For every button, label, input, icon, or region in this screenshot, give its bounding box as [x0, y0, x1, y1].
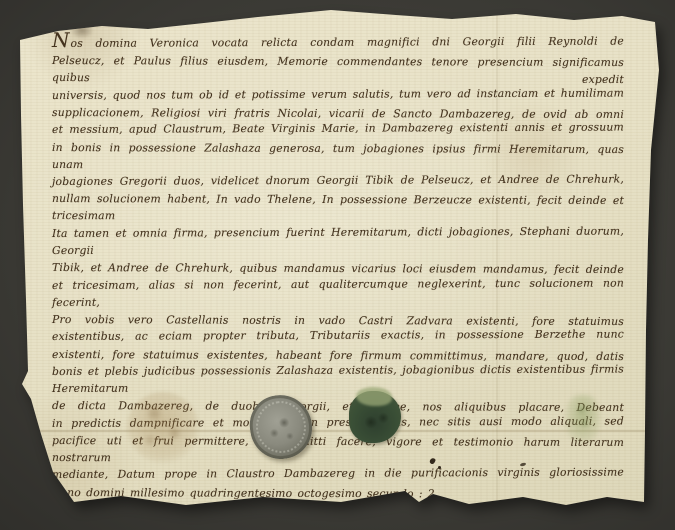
manuscript-line: mediante, Datum prope in Claustro Dambaz… — [52, 464, 624, 484]
manuscript-line: bonis et plebis judicibus possessionis Z… — [52, 360, 624, 397]
manuscript-line: existentibus, ac eciam propter tributa, … — [52, 326, 624, 346]
parchment-shadow: Nos domina Veronica vocata relicta conda… — [0, 0, 675, 530]
manuscript-dating-line: Anno domini millesimo quadringentesimo o… — [52, 484, 454, 503]
manuscript-line: in bonis in possessione Zalashaza genero… — [52, 139, 624, 175]
manuscript-line: Nos domina Veronica vocata relicta conda… — [52, 33, 624, 53]
ink-speck — [438, 466, 441, 469]
parchment: Nos domina Veronica vocata relicta conda… — [0, 0, 675, 530]
green-seal-trace — [566, 395, 600, 442]
manuscript-line: universis, quod nos tum ob id et potissi… — [52, 84, 624, 104]
green-wax-seal — [349, 391, 401, 443]
photo-stage: Nos domina Veronica vocata relicta conda… — [0, 0, 675, 530]
manuscript-line: Pelseucz, et Paulus filius eiusdem, Memo… — [52, 52, 624, 88]
manuscript-line: nullam solucionem habent, In vado Thelen… — [52, 190, 624, 226]
manuscript-line: Ita tamen et omnia firma, presencium fue… — [52, 222, 624, 259]
faded-seal-impression — [127, 392, 199, 463]
manuscript-line: et messium, apud Claustrum, Beate Virgin… — [52, 119, 624, 139]
manuscript-line: et tricesimam, alias si non fecerint, au… — [52, 274, 624, 311]
manuscript-line: jobagiones Gregorii duos, videlicet dnor… — [52, 171, 624, 191]
